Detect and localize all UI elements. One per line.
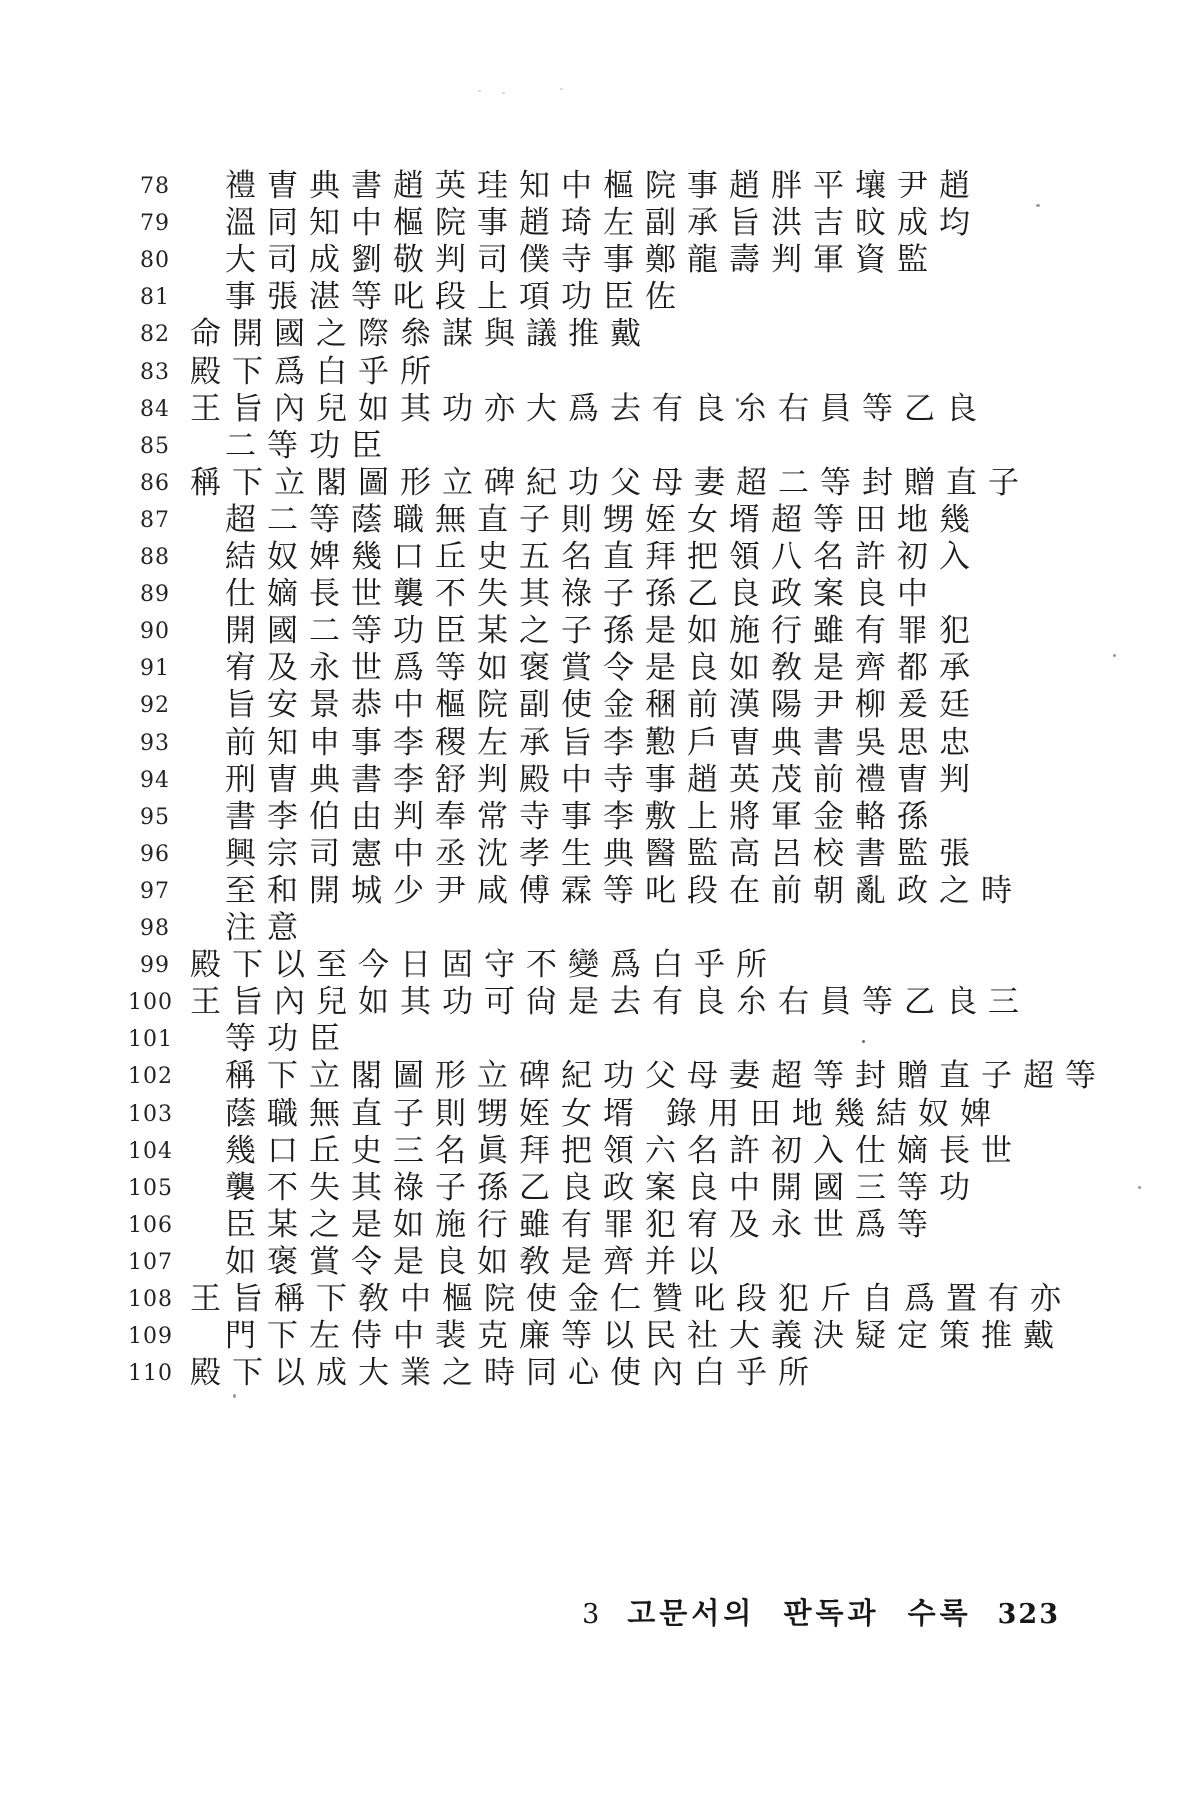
text-line-row: 99殿下以至今日固守不變爲白乎所: [0, 947, 1200, 984]
text-line-row: 108王旨稱下敎中樞院使金仁贊叱段犯斤自爲置有亦: [0, 1281, 1200, 1318]
line-text: 前知申事李稷左承旨李懃戶曺典書吳思忠: [225, 725, 981, 762]
line-text: 事張湛等叱段上項功臣佐: [225, 279, 687, 316]
text-line-row: 107如褒賞令是良如敎是齊并以: [0, 1244, 1200, 1281]
stray-mark: [1113, 654, 1116, 657]
line-text: 超二等蔭職無直子則甥姪女壻超等田地幾: [225, 502, 981, 539]
text-line-row: 84王旨內兒如其功亦大爲去有良厼右員等乙良: [0, 391, 1200, 428]
line-number: 94: [128, 762, 170, 799]
line-number: 104: [128, 1133, 170, 1170]
line-number: 98: [128, 910, 170, 947]
line-text: 至和開城少尹咸傅霖等叱段在前朝亂政之時: [225, 873, 1023, 910]
line-number: 100: [128, 984, 170, 1021]
line-number: 83: [128, 354, 170, 391]
line-number: 81: [128, 279, 170, 316]
line-number: 103: [128, 1096, 170, 1133]
line-number: 82: [128, 316, 170, 353]
stray-mark: [233, 1394, 236, 1398]
line-number: 107: [128, 1244, 170, 1281]
line-number: 79: [128, 205, 170, 242]
line-text: 開國二等功臣某之子孫是如施行雖有罪犯: [225, 613, 981, 650]
text-line-row: 90開國二等功臣某之子孫是如施行雖有罪犯: [0, 613, 1200, 650]
text-line-row: 104幾口丘史三名眞拜把領六名許初入仕嫡長世: [0, 1133, 1200, 1170]
line-number: 102: [128, 1058, 170, 1095]
text-line-row: 83殿下爲白乎所: [0, 354, 1200, 391]
line-text: 二等功臣: [225, 428, 393, 465]
line-number: 106: [128, 1207, 170, 1244]
line-number: 97: [128, 873, 170, 910]
line-text: 等功臣: [225, 1021, 351, 1058]
line-text: 殿下以成大業之時同心使內白乎所: [190, 1355, 820, 1392]
text-line-row: 106臣某之是如施行雖有罪犯宥及永世爲等: [0, 1207, 1200, 1244]
chapter-title: 고문서의 판독과 수록: [627, 1596, 971, 1630]
text-line-row: 85二等功臣: [0, 428, 1200, 465]
page-number: 323: [998, 1599, 1060, 1630]
scan-speck: [478, 90, 481, 92]
text-line-row: 87超二等蔭職無直子則甥姪女壻超等田地幾: [0, 502, 1200, 539]
line-text: 旨安景恭中樞院副使金稛前漢陽尹柳爰廷: [225, 687, 981, 724]
text-line-row: 102稱下立閣圖形立碑紀功父母妻超等封贈直子超等: [0, 1058, 1200, 1095]
line-text: 仕嫡長世襲不失其祿子孫乙良政案良中: [225, 576, 939, 613]
line-number: 91: [128, 650, 170, 687]
line-text: 王旨內兒如其功可尙是去有良厼右員等乙良三: [190, 984, 1030, 1021]
line-number: 101: [128, 1021, 170, 1058]
text-line-row: 94刑曺典書李舒判殿中寺事趙英茂前禮曺判: [0, 762, 1200, 799]
line-text: 稱下立閣圖形立碑紀功父母妻超等封贈直子超等: [225, 1058, 1107, 1095]
text-line-row: 91宥及永世爲等如褒賞令是良如敎是齊都承: [0, 650, 1200, 687]
line-text: 王旨內兒如其功亦大爲去有良厼右員等乙良: [190, 391, 988, 428]
stray-mark: [862, 1040, 865, 1043]
line-text: 幾口丘史三名眞拜把領六名許初入仕嫡長世: [225, 1133, 1023, 1170]
line-number: 86: [128, 465, 170, 502]
line-number: 92: [128, 687, 170, 724]
line-text: 臣某之是如施行雖有罪犯宥及永世爲等: [225, 1207, 939, 1244]
text-line-row: 110殿下以成大業之時同心使內白乎所: [0, 1355, 1200, 1392]
line-text: 殿下爲白乎所: [190, 354, 442, 391]
stray-mark: [1036, 204, 1040, 207]
stray-mark: [736, 398, 739, 402]
line-text: 襲不失其祿子孫乙良政案良中開國三等功: [225, 1170, 981, 1207]
line-number: 90: [128, 613, 170, 650]
line-number: 108: [128, 1281, 170, 1318]
text-line-row: 98注意: [0, 910, 1200, 947]
line-number: 109: [128, 1318, 170, 1355]
text-line-row: 103蔭職無直子則甥姪女壻 錄用田地幾結奴婢: [0, 1096, 1200, 1133]
line-text: 蔭職無直子則甥姪女壻 錄用田地幾結奴婢: [225, 1096, 1002, 1133]
line-text: 禮曺典書趙英珪知中樞院事趙胖平壤尹趙: [225, 168, 981, 205]
chapter-number: 3: [582, 1599, 599, 1630]
line-number: 99: [128, 947, 170, 984]
line-text: 結奴婢幾口丘史五名直拜把領八名許初入: [225, 539, 981, 576]
text-line-row: 86稱下立閣圖形立碑紀功父母妻超二等封贈直子: [0, 465, 1200, 502]
book-page: 78禮曺典書趙英珪知中樞院事趙胖平壤尹趙79溫同知中樞院事趙琦左副承旨洪吉旼成均…: [0, 0, 1200, 1800]
text-line-row: 101等功臣: [0, 1021, 1200, 1058]
text-line-row: 80大司成劉敬判司僕寺事鄭龍壽判軍資監: [0, 242, 1200, 279]
line-text: 刑曺典書李舒判殿中寺事趙英茂前禮曺判: [225, 762, 981, 799]
stray-mark: [1138, 1186, 1141, 1189]
line-text: 書李伯由判奉常寺事李敷上將軍金輅孫: [225, 799, 939, 836]
line-text: 溫同知中樞院事趙琦左副承旨洪吉旼成均: [225, 205, 981, 242]
line-text: 門下左侍中裴克廉等以民社大義決疑定策推戴: [225, 1318, 1065, 1355]
line-number: 78: [128, 168, 170, 205]
text-line-row: 79溫同知中樞院事趙琦左副承旨洪吉旼成均: [0, 205, 1200, 242]
text-line-row: 97至和開城少尹咸傅霖等叱段在前朝亂政之時: [0, 873, 1200, 910]
page-footer: 3고문서의 판독과 수록323: [0, 1591, 1060, 1633]
line-number: 87: [128, 502, 170, 539]
line-number: 80: [128, 242, 170, 279]
line-text: 興宗司憲中丞沈孝生典醫監高呂校書監張: [225, 836, 981, 873]
text-line-row: 92旨安景恭中樞院副使金稛前漢陽尹柳爰廷: [0, 687, 1200, 724]
line-text: 注意: [225, 910, 309, 947]
line-text: 稱下立閣圖形立碑紀功父母妻超二等封贈直子: [190, 465, 1030, 502]
line-text: 王旨稱下敎中樞院使金仁贊叱段犯斤自爲置有亦: [190, 1281, 1072, 1318]
text-line-row: 96興宗司憲中丞沈孝生典醫監高呂校書監張: [0, 836, 1200, 873]
line-number: 95: [128, 799, 170, 836]
scan-speck: [560, 88, 563, 90]
line-number: 93: [128, 725, 170, 762]
text-line-row: 81事張湛等叱段上項功臣佐: [0, 279, 1200, 316]
text-line-row: 109門下左侍中裴克廉等以民社大義決疑定策推戴: [0, 1318, 1200, 1355]
line-text: 殿下以至今日固守不變爲白乎所: [190, 947, 778, 984]
text-line-row: 88結奴婢幾口丘史五名直拜把領八名許初入: [0, 539, 1200, 576]
text-line-row: 100王旨內兒如其功可尙是去有良厼右員等乙良三: [0, 984, 1200, 1021]
text-line-row: 95書李伯由判奉常寺事李敷上將軍金輅孫: [0, 799, 1200, 836]
scan-speck: [502, 92, 505, 94]
text-line-row: 93前知申事李稷左承旨李懃戶曺典書吳思忠: [0, 725, 1200, 762]
line-number: 84: [128, 391, 170, 428]
line-text: 大司成劉敬判司僕寺事鄭龍壽判軍資監: [225, 242, 939, 279]
line-text: 如褒賞令是良如敎是齊并以: [225, 1244, 729, 1281]
line-number: 89: [128, 576, 170, 613]
line-number: 105: [128, 1170, 170, 1207]
line-number: 85: [128, 428, 170, 465]
text-line-row: 105襲不失其祿子孫乙良政案良中開國三等功: [0, 1170, 1200, 1207]
text-line-row: 82命開國之際叅謀與議推戴: [0, 316, 1200, 353]
text-line-row: 78禮曺典書趙英珪知中樞院事趙胖平壤尹趙: [0, 168, 1200, 205]
line-number: 88: [128, 539, 170, 576]
line-number: 96: [128, 836, 170, 873]
line-number: 110: [128, 1355, 170, 1392]
line-text: 宥及永世爲等如褒賞令是良如敎是齊都承: [225, 650, 981, 687]
line-text: 命開國之際叅謀與議推戴: [190, 316, 652, 353]
text-line-row: 89仕嫡長世襲不失其祿子孫乙良政案良中: [0, 576, 1200, 613]
